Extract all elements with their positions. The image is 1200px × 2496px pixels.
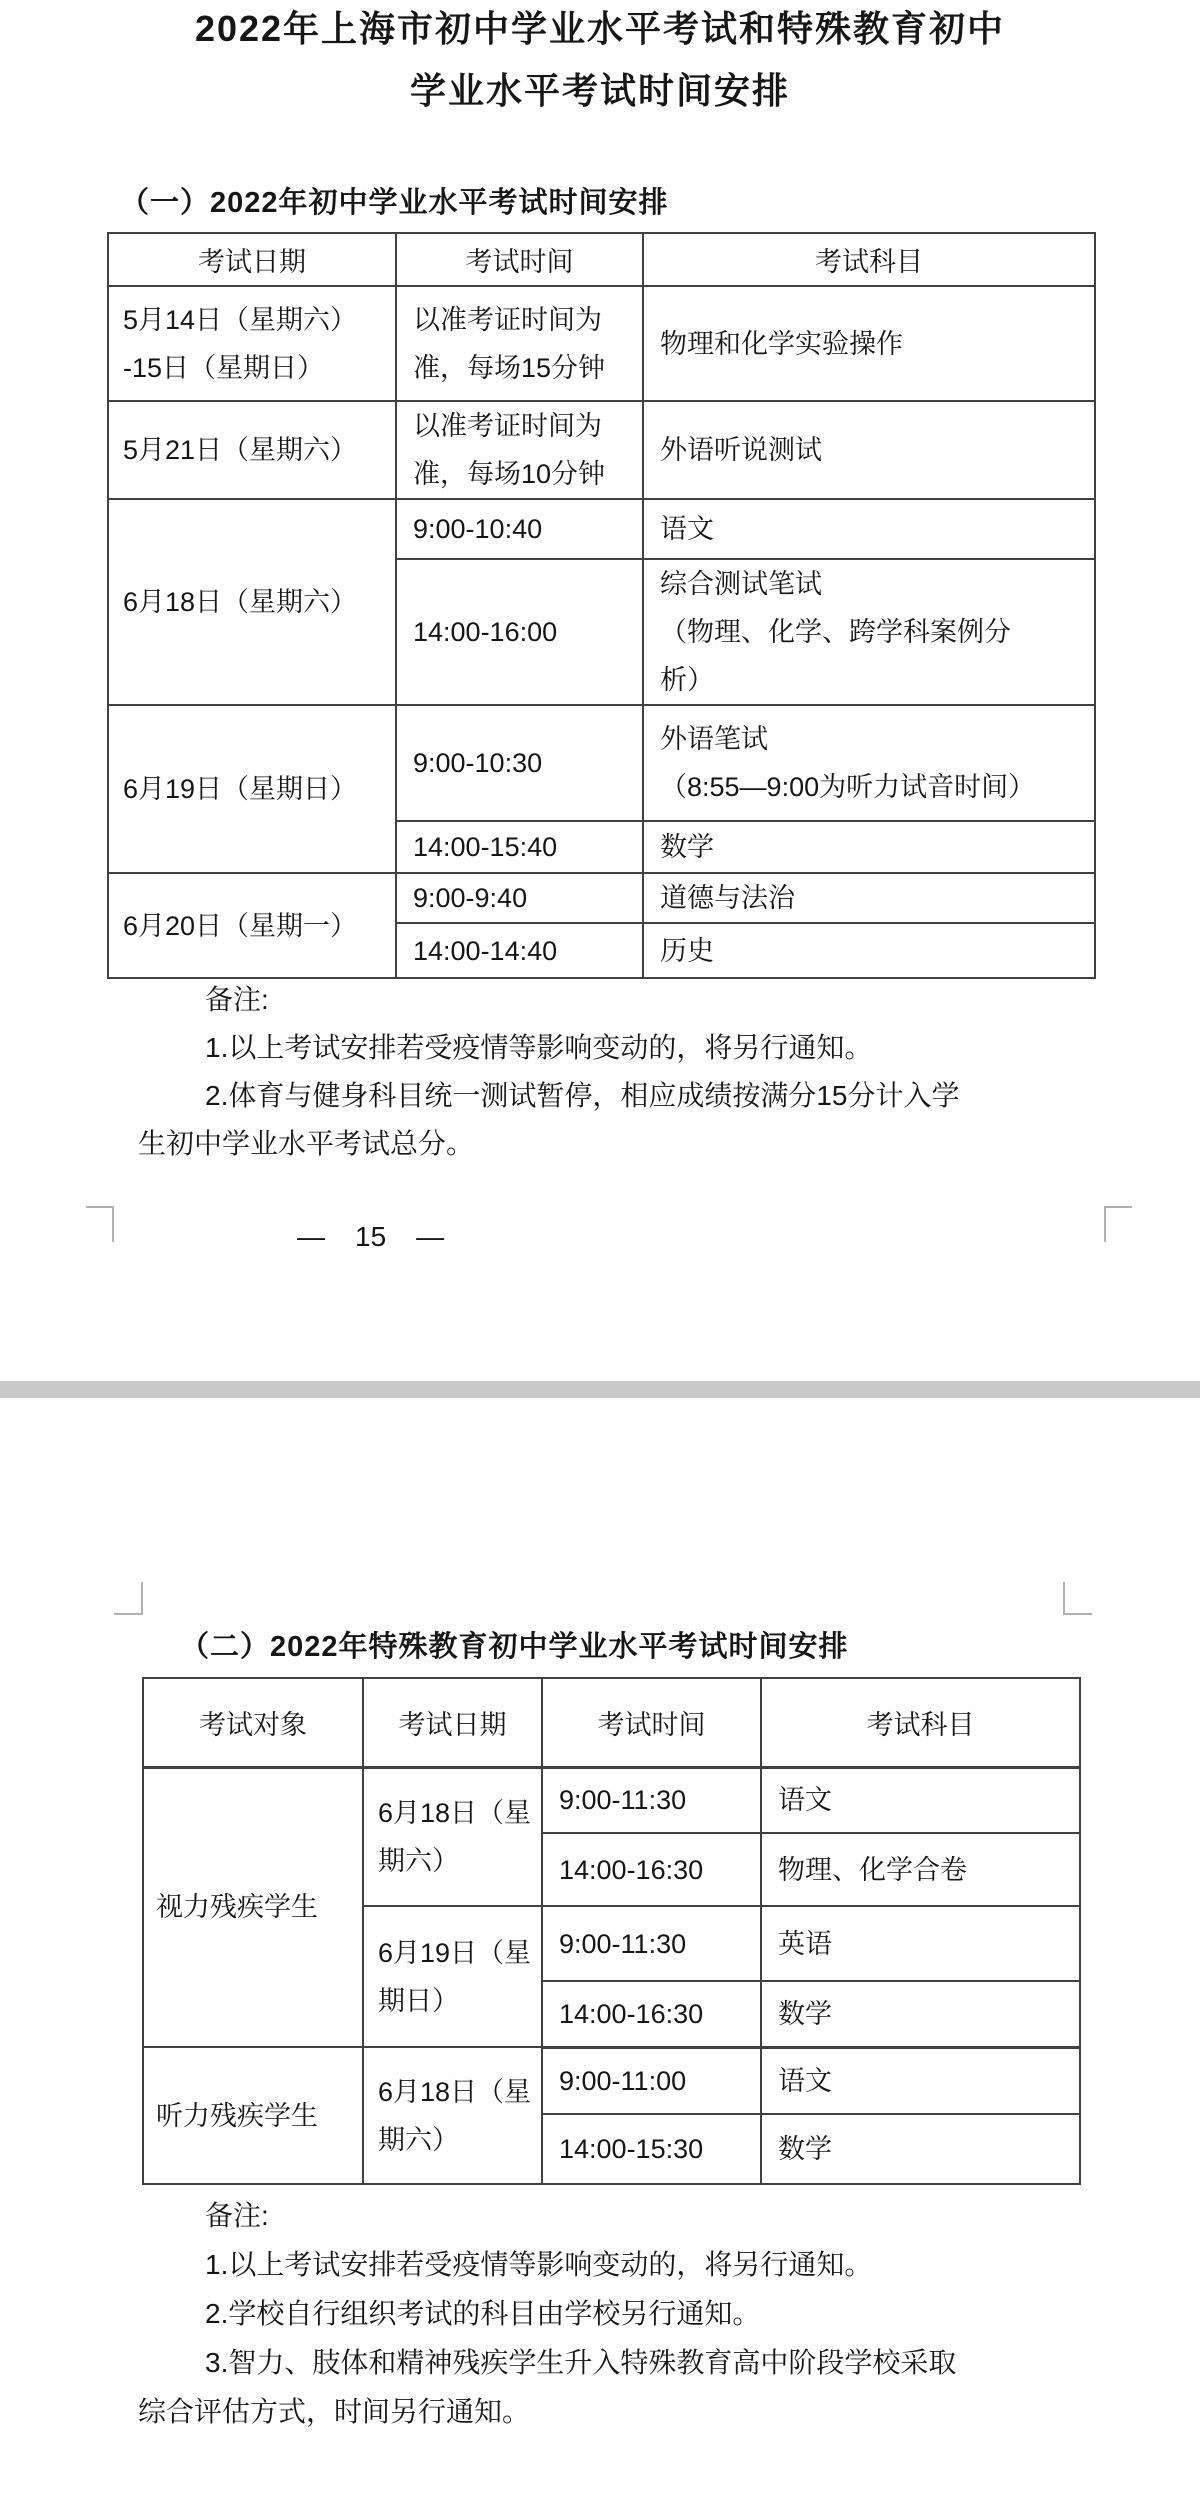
cell-exam-time: 14:00-15:40	[396, 821, 643, 873]
cell-exam-time: 14:00-16:30	[542, 1833, 761, 1906]
section1-heading: （一）2022年初中学业水平考试时间安排	[120, 186, 669, 220]
document-title: 2022年上海市初中学业水平考试和特殊教育初中 学业水平考试时间安排	[0, 0, 1200, 122]
cell-exam-subject: 道德与法治	[643, 873, 1095, 923]
page-footer: — 15 —	[297, 1220, 444, 1254]
cell-exam-date: 5月21日（星期六）	[108, 401, 396, 499]
cell-exam-subject: 数学	[761, 1981, 1080, 2047]
exam-schedule-table-2: 考试对象 考试日期 考试时间 考试科目 视力残疾学生 6月18日（星 期六） 9…	[142, 1677, 1081, 2185]
column-header-exam-date: 考试日期	[363, 1678, 542, 1767]
cell-exam-date: 6月19日（星期日）	[108, 705, 396, 873]
column-header-exam-subject: 考试科目	[761, 1678, 1080, 1767]
cell-exam-time: 14:00-15:30	[542, 2114, 761, 2184]
text-boundary-mark-top-right	[1063, 1582, 1092, 1615]
section1-notes: 备注: 1.以上考试安排若受疫情等影响变动的，将另行通知。 2.体育与健身科目统…	[0, 976, 1200, 1168]
cell-exam-subject: 语文	[643, 499, 1095, 559]
note-item: 1.以上考试安排若受疫情等影响变动的，将另行通知。	[0, 2240, 1200, 2289]
text-boundary-mark-bottom-left	[86, 1206, 114, 1242]
cell-exam-date: 6月18日（星期六）	[108, 499, 396, 705]
cell-exam-subject: 数学	[761, 2114, 1080, 2184]
page-number: 15	[355, 1220, 386, 1254]
cell-exam-date: 6月19日（星 期日）	[363, 1906, 542, 2047]
cell-exam-date: 5月14日（星期六） -15日（星期日）	[108, 286, 396, 401]
cell-exam-subject: 语文	[761, 2047, 1080, 2114]
cell-exam-target: 视力残疾学生	[143, 1767, 363, 2047]
cell-exam-subject: 数学	[643, 821, 1095, 873]
cell-exam-time: 14:00-16:00	[396, 559, 643, 705]
table-row: 6月18日（星期六） 9:00-10:40 语文	[108, 499, 1095, 559]
note-item: 2.学校自行组织考试的科目由学校另行通知。	[0, 2289, 1200, 2338]
cell-exam-time: 9:00-11:30	[542, 1767, 761, 1833]
cell-exam-subject: 历史	[643, 923, 1095, 978]
notes-label: 备注:	[0, 2191, 1200, 2240]
footer-dash-right: —	[416, 1220, 444, 1254]
document-title-line1: 2022年上海市初中学业水平考试和特殊教育初中	[0, 0, 1200, 60]
table-header-row: 考试日期 考试时间 考试科目	[108, 233, 1095, 286]
table-row: 听力残疾学生 6月18日（星 期六） 9:00-11:00 语文	[143, 2047, 1080, 2114]
note-item: 3.智力、肢体和精神残疾学生升入特殊教育高中阶段学校采取	[0, 2338, 1200, 2387]
table-row: 视力残疾学生 6月18日（星 期六） 9:00-11:30 语文	[143, 1767, 1080, 1833]
cell-exam-time: 以准考证时间为 准，每场10分钟	[396, 401, 643, 499]
cell-exam-time: 14:00-14:40	[396, 923, 643, 978]
exam-schedule-table-1: 考试日期 考试时间 考试科目 5月14日（星期六） -15日（星期日） 以准考证…	[107, 232, 1096, 979]
cell-exam-subject: 物理和化学实验操作	[643, 286, 1095, 401]
cell-exam-time: 以准考证时间为 准，每场15分钟	[396, 286, 643, 401]
table-row: 6月20日（星期一） 9:00-9:40 道德与法治	[108, 873, 1095, 923]
page-separator-band	[0, 1381, 1200, 1398]
document-title-line2: 学业水平考试时间安排	[0, 60, 1200, 122]
cell-exam-time: 9:00-10:40	[396, 499, 643, 559]
text-boundary-mark-bottom-right	[1104, 1206, 1132, 1242]
table-header-row: 考试对象 考试日期 考试时间 考试科目	[143, 1678, 1080, 1767]
column-header-exam-subject: 考试科目	[643, 233, 1095, 286]
section2-heading: （二）2022年特殊教育初中学业水平考试时间安排	[180, 1630, 849, 1664]
cell-exam-subject: 综合测试笔试 （物理、化学、跨学科案例分 析）	[643, 559, 1095, 705]
table-row: 6月19日（星期日） 9:00-10:30 外语笔试 （8:55—9:00为听力…	[108, 705, 1095, 821]
column-header-exam-target: 考试对象	[143, 1678, 363, 1767]
cell-exam-target: 听力残疾学生	[143, 2047, 363, 2184]
cell-exam-time: 9:00-10:30	[396, 705, 643, 821]
document-canvas: 2022年上海市初中学业水平考试和特殊教育初中 学业水平考试时间安排 （一）20…	[0, 0, 1200, 2496]
cell-exam-time: 9:00-9:40	[396, 873, 643, 923]
note-item-continuation: 生初中学业水平考试总分。	[0, 1120, 1200, 1168]
cell-exam-subject: 物理、化学合卷	[761, 1833, 1080, 1906]
cell-exam-date: 6月18日（星 期六）	[363, 1767, 542, 1906]
column-header-exam-date: 考试日期	[108, 233, 396, 286]
cell-exam-time: 14:00-16:30	[542, 1981, 761, 2047]
cell-exam-time: 9:00-11:00	[542, 2047, 761, 2114]
section2-notes: 备注: 1.以上考试安排若受疫情等影响变动的，将另行通知。 2.学校自行组织考试…	[0, 2191, 1200, 2436]
note-item: 1.以上考试安排若受疫情等影响变动的，将另行通知。	[0, 1024, 1200, 1072]
cell-exam-subject: 外语笔试 （8:55—9:00为听力试音时间）	[643, 705, 1095, 821]
cell-exam-date: 6月18日（星 期六）	[363, 2047, 542, 2184]
cell-exam-subject: 语文	[761, 1767, 1080, 1833]
column-header-exam-time: 考试时间	[542, 1678, 761, 1767]
notes-label: 备注:	[0, 976, 1200, 1024]
cell-exam-subject: 外语听说测试	[643, 401, 1095, 499]
table-row: 5月14日（星期六） -15日（星期日） 以准考证时间为 准，每场15分钟 物理…	[108, 286, 1095, 401]
note-item: 2.体育与健身科目统一测试暂停，相应成绩按满分15分计入学	[0, 1072, 1200, 1120]
cell-exam-date: 6月20日（星期一）	[108, 873, 396, 978]
cell-exam-time: 9:00-11:30	[542, 1906, 761, 1981]
column-header-exam-time: 考试时间	[396, 233, 643, 286]
note-item-continuation: 综合评估方式，时间另行通知。	[0, 2387, 1200, 2436]
footer-dash-left: —	[297, 1220, 325, 1254]
cell-exam-subject: 英语	[761, 1906, 1080, 1981]
table-row: 5月21日（星期六） 以准考证时间为 准，每场10分钟 外语听说测试	[108, 401, 1095, 499]
text-boundary-mark-top-left	[114, 1582, 143, 1615]
